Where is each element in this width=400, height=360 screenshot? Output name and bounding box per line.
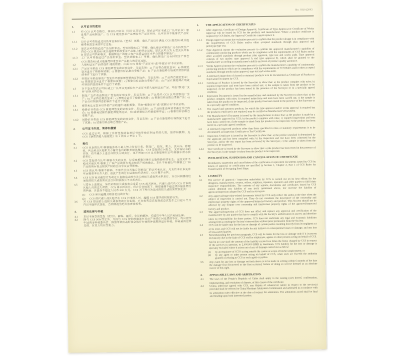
clause-number: 3.2 (74, 160, 83, 163)
clause-text: CCS 通过认可、检验工作所签发的各种证书和等效证明文件的失效、暂停和撤销，见 … (82, 131, 190, 139)
clause-number: 4.2 (201, 285, 210, 288)
clause-number: 3.5 (200, 234, 209, 237)
section-right-4: 4.APPLICABLE LAWS AND ARBITRATION4.1The … (200, 272, 317, 297)
clause-number: 2. (199, 157, 208, 160)
clause-item: 3.1The service of approval / inspection … (199, 177, 316, 194)
clause-number: 1.3 (73, 88, 82, 91)
two-column-body: 1.认可证书的使用1.1经 CCS 认可合格后，将以认可证书（设计认可证书、型式… (72, 20, 318, 303)
clause-number: 1.1.3 (72, 57, 81, 60)
section-right-1: 1.THE APPLICATION OF CERTIFICATES1.1Afte… (197, 23, 316, 154)
clause-number: 3.3 (199, 211, 208, 214)
clause-item: CCS 通过认可、检验工作所签发的各种证书和等效证明文件的失效、暂停和撤销，见 … (73, 131, 190, 139)
clause-item: 1.4.2Test Certificate is issued by the S… (199, 146, 316, 154)
clause-number: 3.6 (74, 201, 83, 204)
clause-item: 3.1CCS 从事的认可/检验服务系尽最大努力为设计者、制造厂、船东、卖方、供应… (74, 145, 191, 159)
clause-item: 4.2Unless otherwise agreed with CCS, any… (201, 284, 318, 298)
clause-text: Invalidation, suspension and cancellatio… (208, 160, 316, 171)
clause-number: 3.4 (74, 176, 83, 179)
clause-text: Inspection Certificate is issued by the … (207, 133, 315, 147)
clause-text: 除与 CCS 另有约定外，凡因与 CCS 提供的服务有关而产生的任何性质的争议，… (84, 217, 192, 228)
chinese-column: 1.认可证书的使用1.1经 CCS 认可合格后，将以认可证书（设计认可证书、型式… (72, 22, 193, 303)
clause-item: 1.3.1The Manufacturer's Document is issu… (198, 113, 315, 127)
clause-text: Certificate of Product is issued by the … (207, 80, 315, 94)
clause-item: 3.6Any claim for any loss or damage set … (200, 260, 317, 271)
clause-number: 1.1.2 (72, 47, 81, 50)
clause-text: 对 CCS 提出的上述损失或损害的任何索赔，应自损害首次发现或首次发生之日起 6… (83, 199, 191, 207)
clause-number: 1.1.1 (72, 40, 81, 43)
clause-number: 2. (73, 128, 82, 131)
clause-number: (1) (82, 193, 89, 196)
clause-number: 1.2.2 (198, 94, 207, 97)
photo-background: No. 031012003 1.认可证书的使用1.1经 CCS 认可合格后，将以… (0, 0, 400, 360)
section-left-3: 3.责任3.1CCS 从事的认可/检验服务系尽最大努力为设计者、制造厂、船东、卖… (74, 141, 192, 208)
clause-number: (2) (208, 254, 215, 257)
clause-number: 3.2 (199, 195, 208, 198)
clause-text: After Approval, Certificate of Design Ap… (206, 27, 314, 38)
clause-item: 1.4.2试验证书系由 CCS 验船师签发的证明文件，用以表明：a) 产品在验船… (73, 117, 190, 125)
section-left-1: 1.认可证书的使用1.1经 CCS 认可合格后，将以认可证书（设计认可证书、型式… (72, 24, 190, 124)
clause-item: 3.5Notwithstanding the previous paragrap… (200, 233, 317, 250)
clause-number: 3.1 (199, 179, 208, 182)
clause-item: 3.3The approval/inspection of CCS does n… (199, 210, 316, 224)
clause-number: 1.4.2 (199, 147, 208, 150)
clause-item: 1.4.1Inspection Certificate is issued by… (198, 133, 315, 147)
clause-text: Type Approval means the evaluation proce… (206, 47, 314, 64)
clause-text: 检验证书系由 CCS 验船师签发的证明文件，用以表明：a) 产品标准由申请者确定… (82, 107, 190, 118)
clause-number: 3. (74, 142, 83, 145)
clause-number: 1.2.1 (72, 68, 81, 71)
clause-text: Works Approval means the evaluation proc… (206, 63, 314, 74)
clause-number: 1.4.1 (73, 108, 82, 111)
clause-number: 1.3 (198, 108, 207, 111)
clause-number: 4. (74, 211, 83, 214)
clause-item: 1.2.1Certificate of Product is issued by… (198, 80, 315, 94)
section-right-2: 2.INVALIDATION, SUSPENSION AND CANCELLAT… (199, 156, 316, 171)
clause-text: Test Certificate is issued by the Survey… (208, 146, 316, 154)
clause-item: 1.1.2Type Approval means the evaluation … (197, 47, 314, 64)
section-left-2: 2.认可证书失效、暂停和撤销CCS 通过认可、检验工作所签发的各种证书和等效证明… (73, 126, 190, 138)
clause-item: 3.6对 CCS 提出的上述损失或损害的任何索赔，应自损害首次发现或首次发生之日… (74, 199, 191, 207)
clause-text: 尽管有上述规定，如经证明损失或损害完全系 CCS 或其雇员、代理人或代表 CCS… (83, 182, 191, 193)
clause-text: Notwithstanding the previous paragraph, … (209, 233, 317, 250)
clause-number: 3.3 (74, 170, 83, 173)
clause-number: 3.6 (200, 261, 209, 264)
clause-text: The service of approval / inspection und… (208, 177, 316, 194)
english-column: 1.THE APPLICATION OF CERTIFICATES1.1Afte… (197, 20, 318, 301)
clause-item: Invalidation, suspension and cancellatio… (199, 160, 316, 171)
clause-number: 1.1 (72, 30, 81, 33)
clause-text: 经 CCS 认可合格后，将以认可证书（设计认可证书、型式认可证书或工厂认可证书）… (81, 29, 189, 40)
clause-text: The approval/inspection of CCS does not … (208, 210, 316, 224)
section-left-4: 4.适用法律与仲裁4.1本证书条款的签发（使用）、解释、履行、争议的解决，均适用… (74, 209, 191, 228)
clause-number: 1.2.2 (73, 78, 82, 81)
clause-number: 3. (199, 174, 208, 177)
clause-number: 1.2.1 (198, 81, 207, 84)
clause-number: 4. (200, 274, 209, 277)
clause-number: 1.4 (198, 127, 207, 130)
clause-item: 1.2.2Equivalent Document is issued by th… (198, 93, 315, 107)
clause-number: 3.1 (74, 147, 83, 150)
clause-number: 1.1.2 (197, 48, 206, 51)
clause-text: CCS will be liable only for the loss or … (209, 223, 317, 234)
clause-number: 1. (197, 24, 206, 27)
clause-number: 1.1.1 (197, 38, 206, 41)
clause-number: 1.3.1 (198, 114, 207, 117)
clause-number: 4.2 (75, 219, 84, 222)
clause-item: 4.2除与 CCS 另有约定外，凡因与 CCS 提供的服务有关而产生的任何性质的… (75, 217, 192, 228)
clause-text: 试验证书系由 CCS 验船师签发的证明文件，用以表明：a) 产品在验船师在场情况… (82, 117, 190, 125)
clause-number: 1.4.1 (198, 134, 207, 137)
clause-text: CCS 从事的认可/检验服务系尽最大努力为设计者、制造厂、船东、卖方、供应商、修… (83, 145, 191, 159)
clause-number: 1. (72, 26, 81, 29)
clause-number: 4.1 (200, 278, 209, 281)
clause-number: 1.2 (72, 64, 81, 67)
section-right-3: 3.LIABILITY3.1The service of approval / … (199, 173, 317, 271)
clause-number: 1.2 (198, 75, 207, 78)
clause-number: 1.3.1 (73, 95, 82, 98)
clause-number: 3.5 (74, 183, 83, 186)
clause-text: Unless otherwise agreed with CCS, any di… (210, 284, 318, 298)
clause-number: 3.4 (200, 224, 209, 227)
clause-number: 1.4.2 (73, 118, 82, 121)
clause-number: 1.4 (73, 104, 82, 107)
clause-item: 3.2Any approval/inspection-related docum… (199, 194, 316, 211)
clause-text: Any claim for any loss or damage set for… (209, 260, 317, 271)
clause-text: Design Approval means the evaluation pro… (206, 37, 314, 48)
clause-text: Equivalent Document is issued by the man… (207, 93, 315, 107)
clause-number: 4.1 (75, 215, 84, 218)
clause-text: Any approval/inspection-related document… (208, 194, 316, 211)
document-page: No. 031012003 1.认可证书的使用1.1经 CCS 认可合格后，将以… (64, 0, 327, 353)
clause-number: 1.1.3 (197, 65, 206, 68)
clause-text: The Manufacturer's Document is issued by… (207, 113, 315, 127)
doc-number: No. 031012003 (295, 8, 312, 11)
clause-text: 制造厂文件系由制造厂签发的证明文件，用以表明：a) 产品系经 CCS 认可的制造… (82, 93, 190, 104)
clause-number: (1) (208, 250, 215, 253)
clause-number: 1.1 (197, 29, 206, 32)
